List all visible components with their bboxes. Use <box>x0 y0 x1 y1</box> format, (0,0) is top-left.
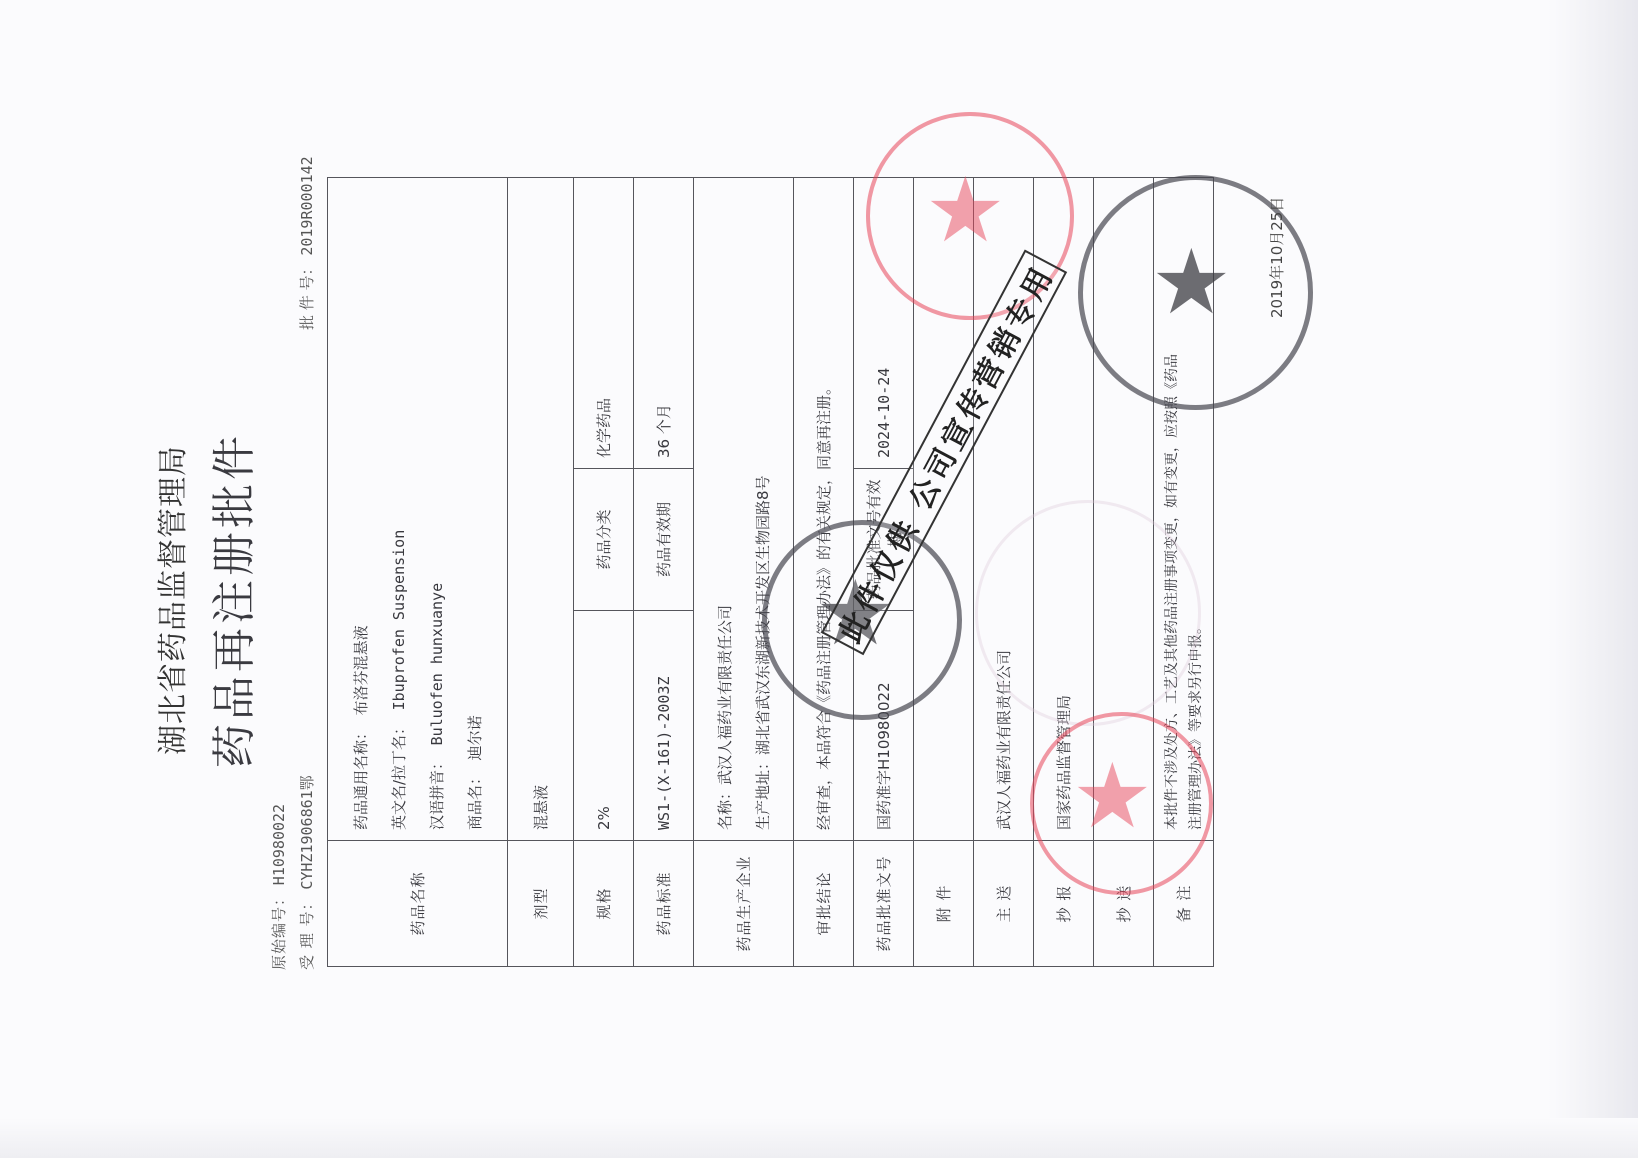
trade-name: 迪尔诺 <box>466 715 484 760</box>
dosage-form-value: 混悬液 <box>508 178 574 841</box>
shelf-life-label: 药品有效期 <box>634 469 694 611</box>
manufacturer-cell: 名称：武汉人福药业有限责任公司 生产地址：湖北省武汉东湖新技术开发区生物园路8号 <box>694 178 794 841</box>
issue-date: 2019年10月25日 <box>1266 197 1287 318</box>
standard-label: 药品标准 <box>634 841 694 967</box>
row-attachment: 附 件 <box>914 178 974 967</box>
scan-edge-bottom <box>0 1118 1638 1158</box>
generic-name: 布洛芬混悬液 <box>352 625 370 715</box>
specification-label: 规格 <box>574 841 634 967</box>
english-name-label: 英文名/拉丁名： <box>390 720 408 830</box>
faded-seal-ghost <box>975 500 1201 726</box>
specification-value: 2% <box>574 611 634 841</box>
acceptance-number-label: 受 理 号： <box>298 894 316 970</box>
shelf-life-value: 36 个月 <box>634 178 694 469</box>
manufacturer-name-label: 名称： <box>716 785 734 830</box>
report-to-label: 抄 报 <box>1034 841 1094 967</box>
manufacturer-name: 武汉人福药业有限责任公司 <box>716 605 734 785</box>
approval-validity-value: 2024-10-24 <box>854 178 914 469</box>
category-value: 化学药品 <box>574 178 634 469</box>
conclusion-label: 审批结论 <box>794 841 854 967</box>
row-drug-name: 药品名称 药品通用名称： 布洛芬混悬液 英文名/拉丁名： Ibuprofen S… <box>328 178 508 967</box>
original-number-value: H10980022 <box>270 804 288 885</box>
standard-value: WS1-(X-161)-2003Z <box>634 611 694 841</box>
approval-doc-label: 药品批准文号 <box>854 841 914 967</box>
manufacturer-address-label: 生产地址： <box>754 755 772 830</box>
drug-name-cell: 药品通用名称： 布洛芬混悬液 英文名/拉丁名： Ibuprofen Suspen… <box>328 178 508 841</box>
generic-name-label: 药品通用名称： <box>352 725 370 830</box>
conclusion-value: 经审查，本品符合《药品注册管理办法》的有关规定，同意再注册。 <box>794 178 854 841</box>
remarks-cell: 本批件不涉及处方、工艺及其他药品注册事项变更，如有变更，应按照《药品 注册管理办… <box>1154 178 1214 841</box>
drug-name-label: 药品名称 <box>328 841 508 967</box>
trade-name-label: 商品名： <box>466 770 484 830</box>
row-specification: 规格 2% 药品分类 化学药品 <box>574 178 634 967</box>
row-conclusion: 审批结论 经审查，本品符合《药品注册管理办法》的有关规定，同意再注册。 <box>794 178 854 967</box>
manufacturer-address: 湖北省武汉东湖新技术开发区生物园路8号 <box>754 475 772 755</box>
original-number: 原始编号： H10980022 <box>268 804 289 970</box>
approval-number-label: 批 件 号： <box>298 260 316 330</box>
pinyin-name: Buluofen hunxuanye <box>428 583 446 746</box>
category-label: 药品分类 <box>574 469 634 611</box>
approval-number-value: 2019R000142 <box>298 156 316 255</box>
remarks-line-1: 本批件不涉及处方、工艺及其他药品注册事项变更，如有变更，应按照《药品 <box>1160 188 1184 830</box>
main-recipient-label: 主 送 <box>974 841 1034 967</box>
english-name: Ibuprofen Suspension <box>390 530 408 711</box>
acceptance-number: 受 理 号： CYHZ1906861鄂 <box>296 775 317 970</box>
pinyin-label: 汉语拼音： <box>428 755 446 830</box>
acceptance-number-value: CYHZ1906861鄂 <box>298 775 316 889</box>
row-standard: 药品标准 WS1-(X-161)-2003Z 药品有效期 36 个月 <box>634 178 694 967</box>
dosage-form-label: 剂型 <box>508 841 574 967</box>
remarks-label: 备 注 <box>1154 841 1214 967</box>
row-manufacturer: 药品生产企业 名称：武汉人福药业有限责任公司 生产地址：湖北省武汉东湖新技术开发… <box>694 178 794 967</box>
issuer-title: 湖北省药品监督管理局 <box>148 100 192 1100</box>
manufacturer-label: 药品生产企业 <box>694 841 794 967</box>
attachment-label: 附 件 <box>914 841 974 967</box>
original-number-label: 原始编号： <box>270 890 288 970</box>
remarks-line-2: 注册管理办法》等要求另行申报。 <box>1184 188 1208 830</box>
approval-number: 批 件 号： 2019R000142 <box>296 156 317 330</box>
row-dosage-form: 剂型 混悬液 <box>508 178 574 967</box>
copy-to-label: 抄 送 <box>1094 841 1154 967</box>
document-title: 药品再注册批件 <box>198 100 262 1100</box>
scan-edge <box>1548 0 1638 1158</box>
